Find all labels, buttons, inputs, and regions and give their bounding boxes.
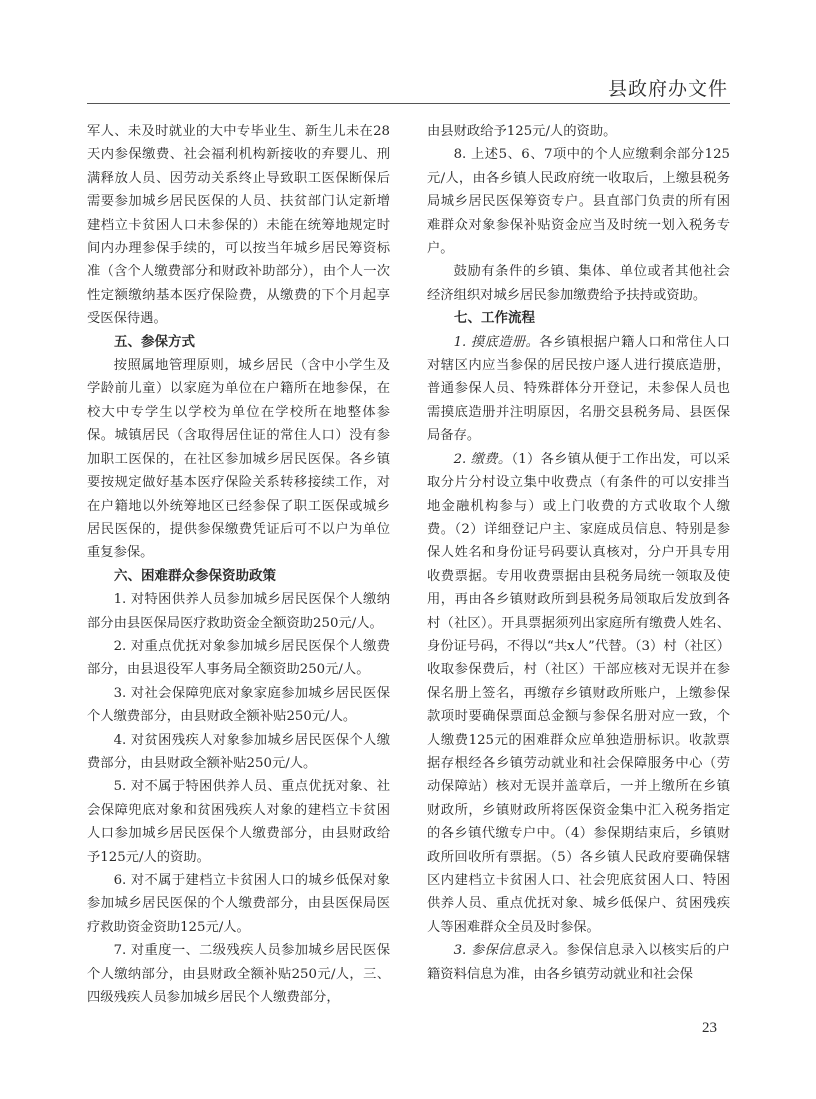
workflow-step-2: 2. 缴费。（1）各乡镇从便于工作出发，可以采取分片分村设立集中收费点（有条件的…	[427, 448, 730, 940]
section-heading-5: 五、参保方式	[87, 331, 390, 354]
policy-item-5: 5. 对不属于特困供养人员、重点优抚对象、社会保障兜底对象和贫困残疾人对象的建档…	[87, 775, 390, 869]
section-heading-6: 六、困难群众参保资助政策	[87, 565, 390, 588]
paragraph-enrollment-method: 按照属地管理原则，城乡居民（含中小学生及学龄前儿童）以家庭为单位在户籍所在地参保…	[87, 354, 390, 565]
policy-item-3: 3. 对社会保障兜底对象家庭参加城乡居民医保个人缴费部分，由县财政全额补贴250…	[87, 682, 390, 729]
policy-item-4: 4. 对贫困残疾人对象参加城乡居民医保个人缴费部分，由县财政全额补贴250元/人…	[87, 729, 390, 776]
paragraph-encouragement: 鼓励有条件的乡镇、集体、单位或者其他社会经济组织对城乡居民参加缴费给予扶持或资助…	[427, 260, 730, 307]
right-column: 由县财政给予125元/人的资助。 8. 上述5、6、7项中的个人应缴剩余部分12…	[427, 120, 730, 986]
step-text: 各乡镇根据户籍人口和常住人口对辖区内应当参保的居民按户逐人进行摸底造册，普通参保…	[427, 335, 730, 444]
workflow-step-3: 3. 参保信息录入。参保信息录入以核实后的户籍资料信息为准，由各乡镇劳动就业和社…	[427, 939, 730, 986]
workflow-step-1: 1. 摸底造册。各乡镇根据户籍人口和常住人口对辖区内应当参保的居民按户逐人进行摸…	[427, 331, 730, 448]
header-divider	[87, 103, 730, 104]
policy-item-8: 8. 上述5、6、7项中的个人应缴剩余部分125元/人，由各乡镇人民政府统一收取…	[427, 143, 730, 260]
step-label: 1. 摸底造册。	[454, 335, 540, 350]
section-heading-7: 七、工作流程	[427, 307, 730, 330]
policy-item-7: 7. 对重度一、二级残疾人员参加城乡居民医保个人缴纳部分，由县财政全额补贴250…	[87, 939, 390, 1009]
running-header-title: 县政府办文件	[608, 74, 728, 101]
policy-item-6: 6. 对不属于建档立卡贫困人口的城乡低保对象参加城乡居民医保的个人缴费部分，由县…	[87, 869, 390, 939]
left-column: 军人、未及时就业的大中专毕业生、新生儿未在28天内参保缴费、社会福利机构新接收的…	[87, 120, 390, 1009]
step-label: 3. 参保信息录入。	[454, 943, 567, 958]
paragraph-continuation: 由县财政给予125元/人的资助。	[427, 120, 730, 143]
step-label: 2. 缴费。	[454, 452, 512, 467]
paragraph-continuation: 军人、未及时就业的大中专毕业生、新生儿未在28天内参保缴费、社会福利机构新接收的…	[87, 120, 390, 331]
policy-item-2: 2. 对重点优抚对象参加城乡居民医保个人缴费部分，由县退役军人事务局全额资助25…	[87, 635, 390, 682]
step-text: （1）各乡镇从便于工作出发，可以采取分片分村设立集中收费点（有条件的可以安排当地…	[427, 452, 730, 935]
page-number: 23	[702, 1020, 717, 1037]
policy-item-1: 1. 对特困供养人员参加城乡居民医保个人缴纳部分由县医保局医疗救助资金全额资助2…	[87, 588, 390, 635]
